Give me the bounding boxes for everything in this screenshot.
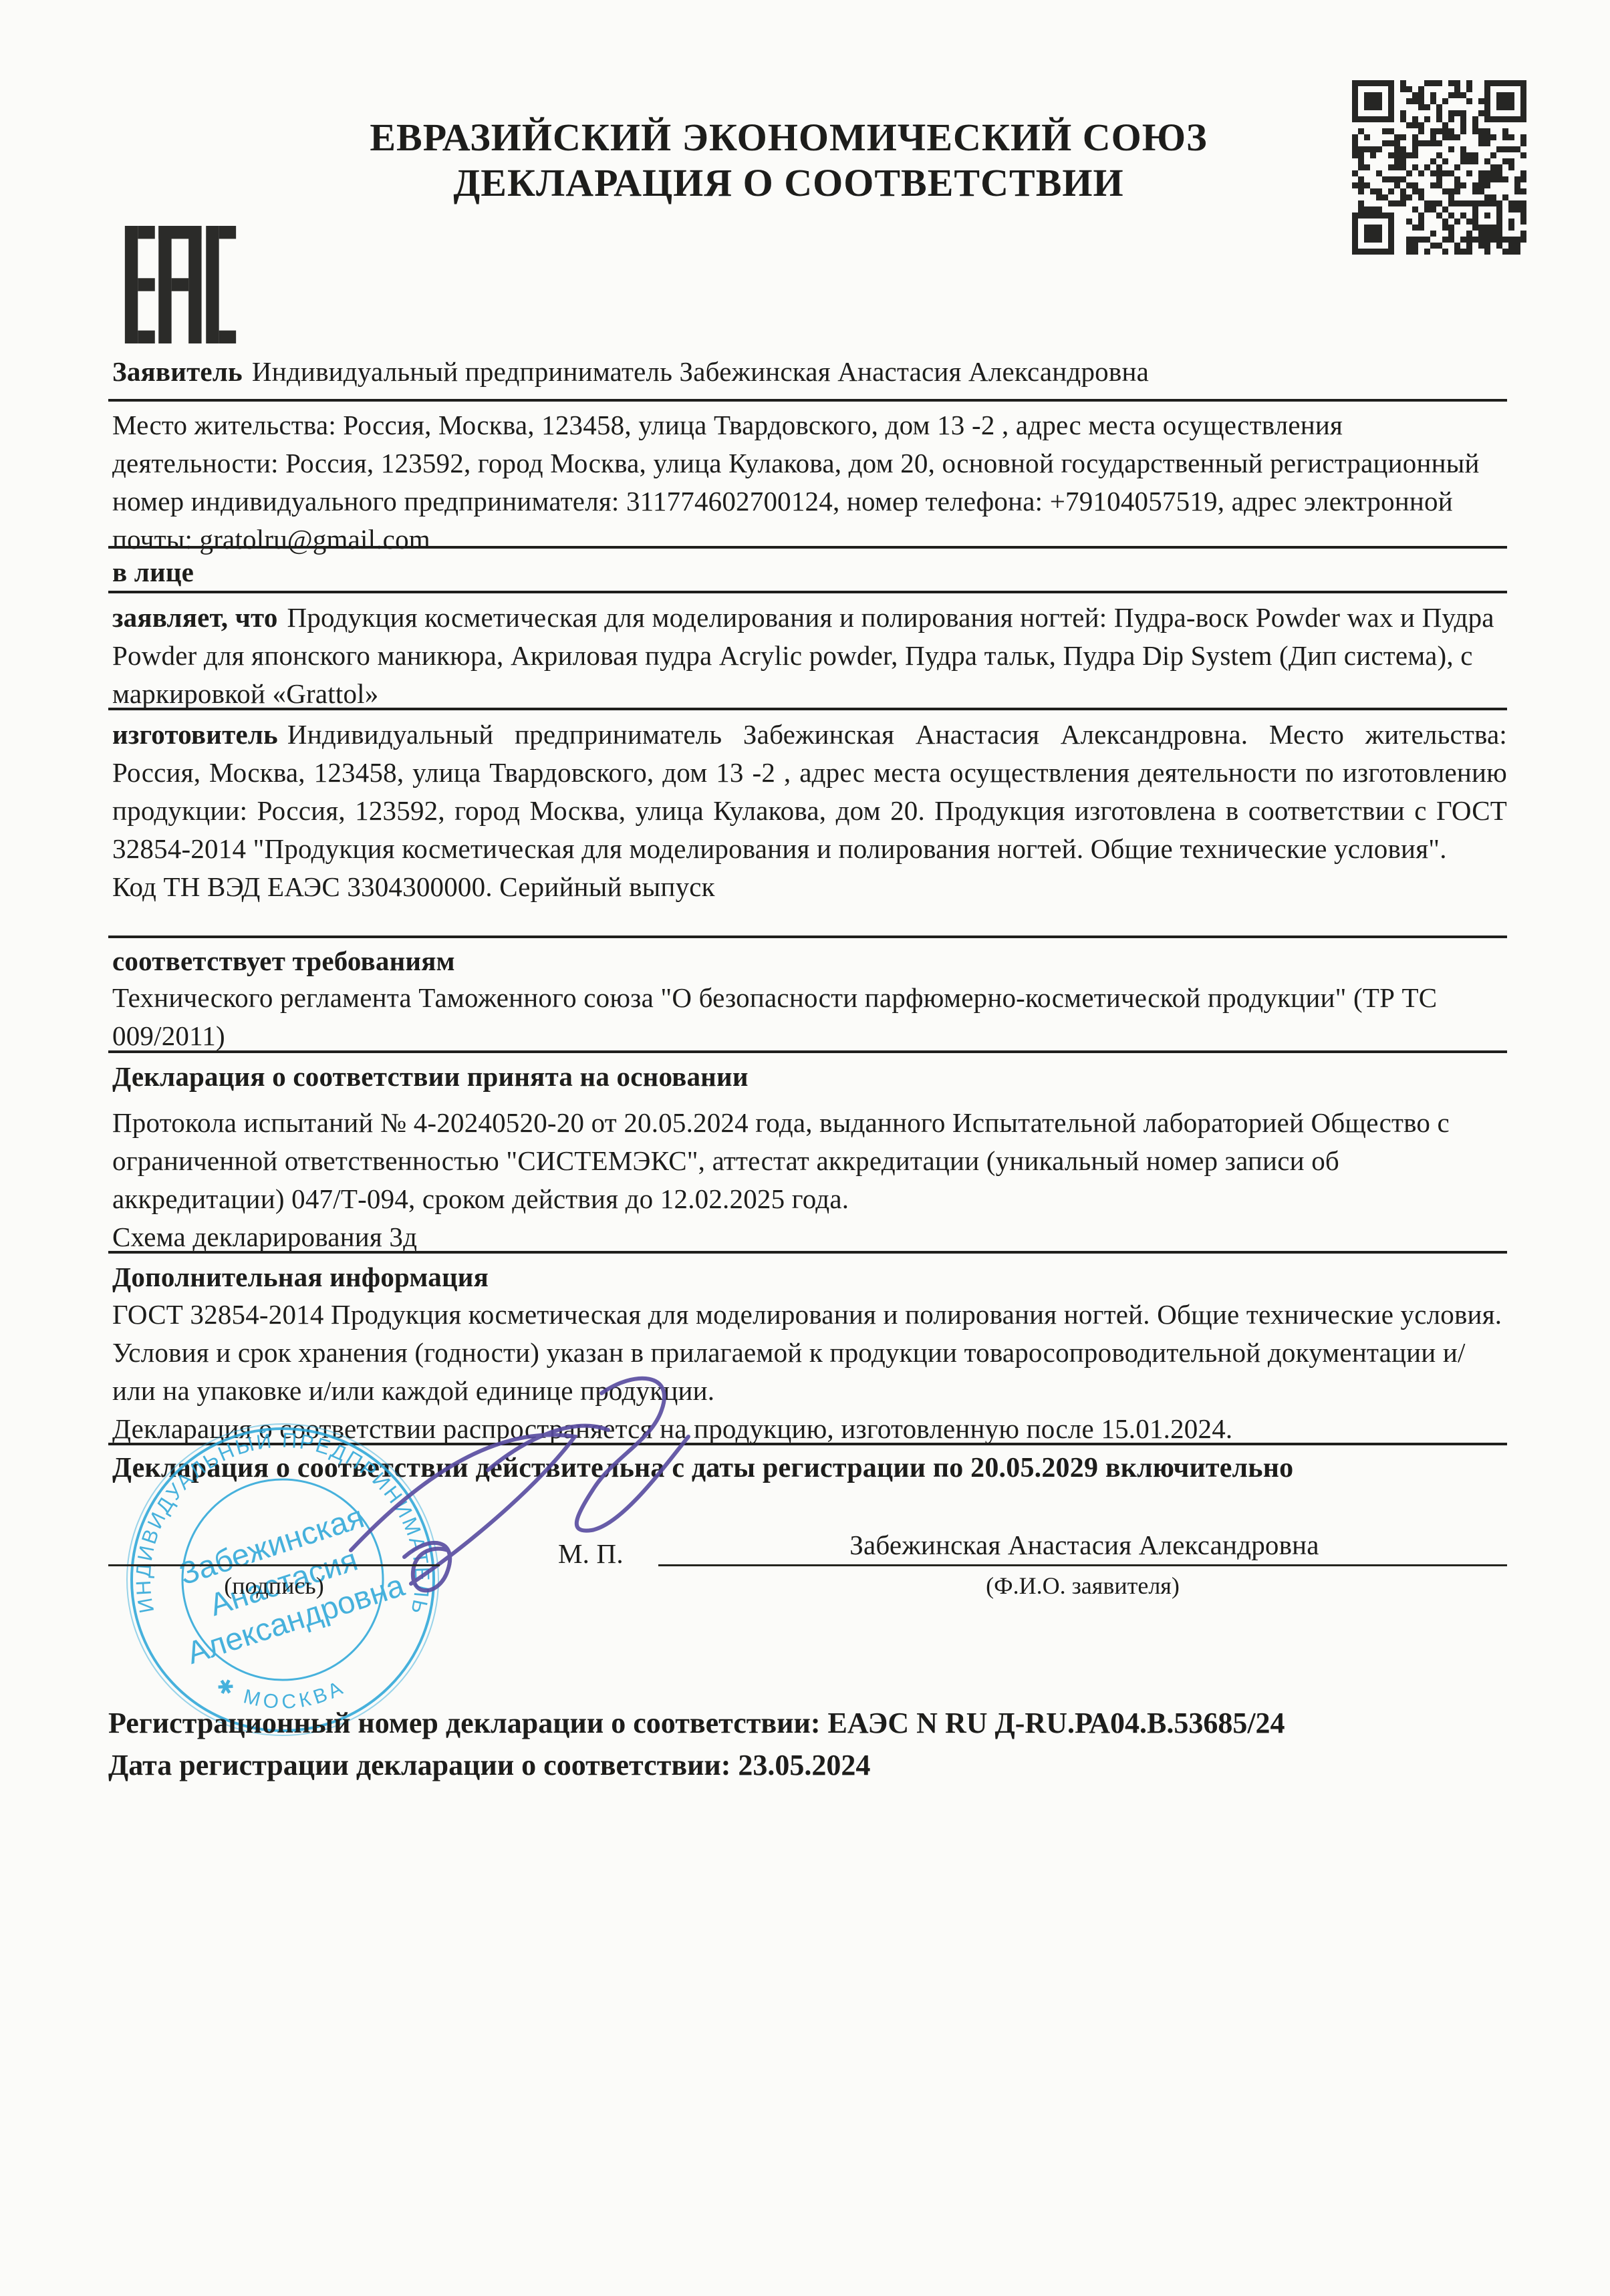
divider-rule [108, 591, 1507, 593]
applicant-text: Индивидуальный предприниматель Забежинск… [252, 356, 1149, 387]
registration-number-line: Регистрационный номер декларации о соотв… [108, 1705, 1565, 1741]
title-line2: ДЕКЛАРАЦИЯ О СООТВЕТСТВИИ [247, 160, 1330, 206]
declares-text: Продукция косметическая для моделировани… [112, 602, 1494, 709]
divider-rule [108, 546, 1507, 549]
fio-caption: (Ф.И.О. заявителя) [658, 1572, 1507, 1600]
declares-label: заявляет, что [112, 602, 278, 633]
manufacturer-text: Индивидуальный предприниматель Забежинск… [112, 719, 1507, 864]
basis-block: Протокола испытаний № 4-20240520-20 от 2… [112, 1104, 1507, 1256]
manufacturer-label: изготовитель [112, 719, 278, 750]
divider-rule [108, 936, 1507, 938]
basis-label: Декларация о соответствии принята на осн… [112, 1058, 1507, 1096]
applicant-label: Заявитель [112, 356, 243, 387]
divider-rule [108, 399, 1507, 402]
complies-paragraph: Технического регламента Таможенного союз… [112, 979, 1507, 1055]
tnved-line: Код ТН ВЭД ЕАЭС 3304300000. Серийный вып… [112, 868, 1507, 906]
manufacturer-block: изготовительИндивидуальный предпринимате… [112, 716, 1507, 906]
divider-rule [108, 708, 1507, 710]
title-line1: ЕВРАЗИЙСКИЙ ЭКОНОМИЧЕСКИЙ СОЮЗ [247, 115, 1330, 160]
page-title: ЕВРАЗИЙСКИЙ ЭКОНОМИЧЕСКИЙ СОЮЗ ДЕКЛАРАЦИ… [247, 115, 1330, 206]
complies-label: соответствует требованиям [112, 942, 1507, 980]
additional-label: Дополнительная информация [112, 1258, 1507, 1296]
declares-paragraph: заявляет, чтоПродукция косметическая для… [112, 599, 1507, 713]
in-person-label: в лице [112, 553, 1507, 591]
divider-rule [108, 1251, 1507, 1254]
divider-rule [108, 1050, 1507, 1053]
eac-logo [124, 226, 237, 347]
mp-label: М. П. [558, 1535, 624, 1573]
applicant-paragraph: ЗаявительИндивидуальный предприниматель … [112, 353, 1507, 391]
signature-caption: (подпись) [108, 1572, 440, 1600]
registration-date-line: Дата регистрации декларации о соответств… [108, 1747, 1565, 1783]
manufacturer-paragraph: изготовительИндивидуальный предпринимате… [112, 716, 1507, 868]
declaration-document: ЕВРАЗИЙСКИЙ ЭКОНОМИЧЕСКИЙ СОЮЗ ДЕКЛАРАЦИ… [0, 0, 1610, 2296]
residence-paragraph: Место жительства: Россия, Москва, 123458… [112, 406, 1507, 559]
signature-line [108, 1564, 440, 1566]
fio-line [658, 1564, 1507, 1566]
fio-value: Забежинская Анастасия Александровна [662, 1526, 1507, 1564]
qr-code [1352, 80, 1526, 258]
basis-paragraph: Протокола испытаний № 4-20240520-20 от 2… [112, 1104, 1507, 1218]
